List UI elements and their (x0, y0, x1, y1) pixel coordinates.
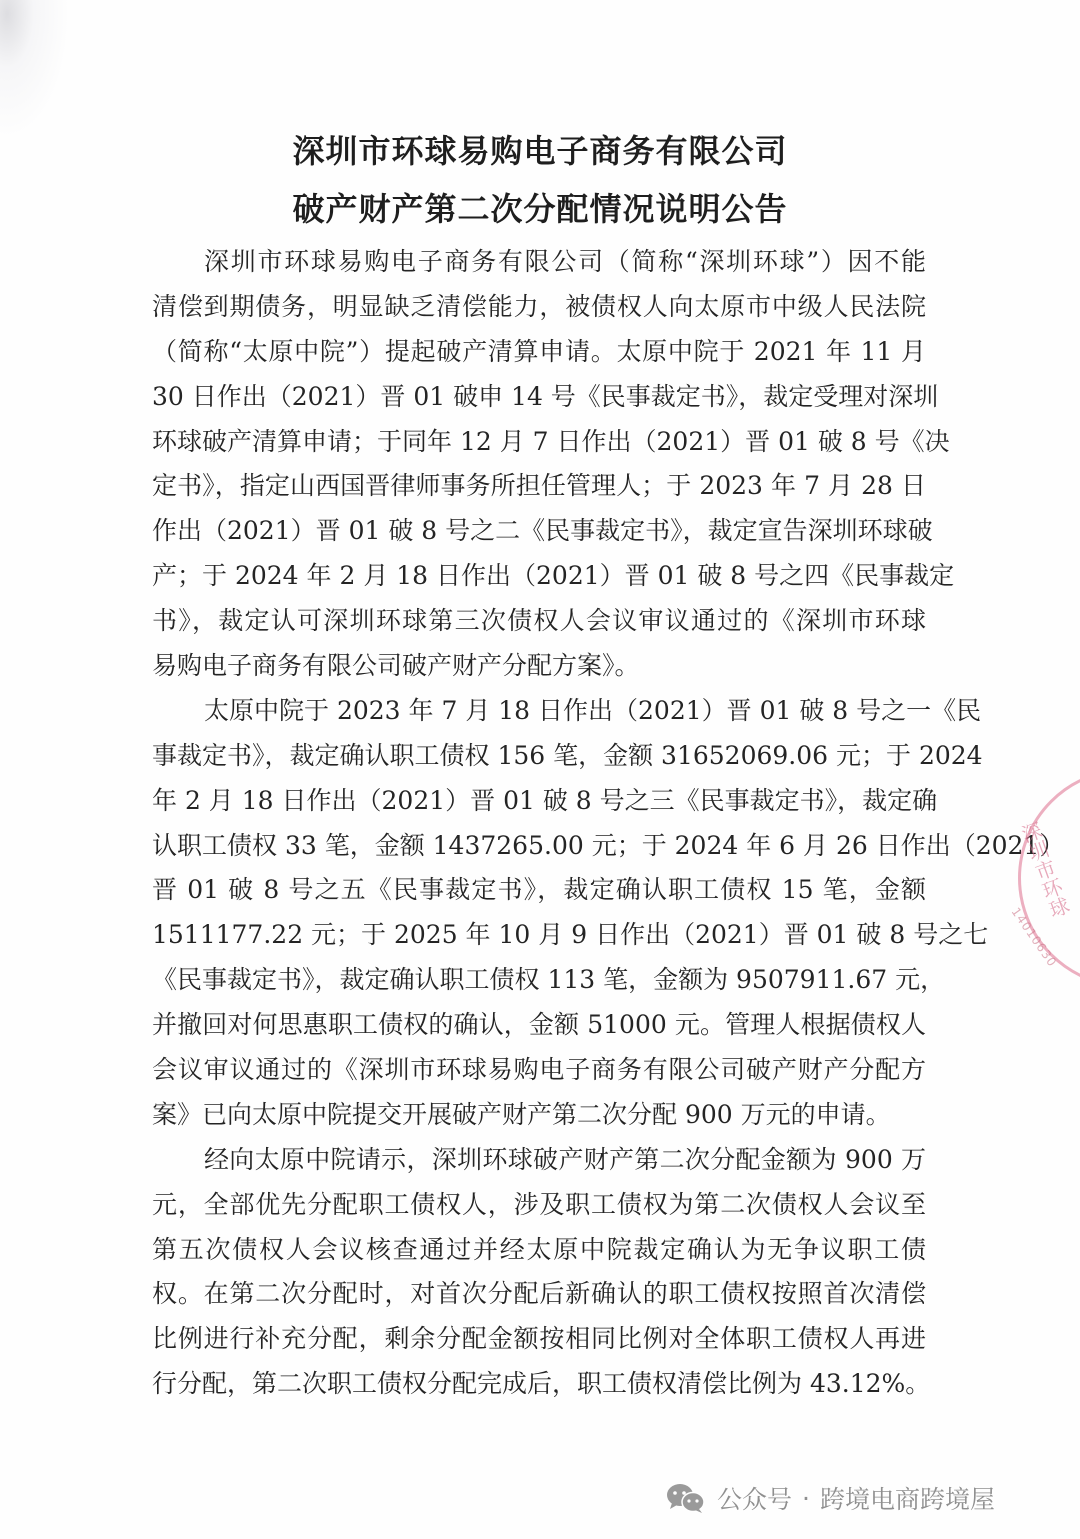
body-line: 事裁定书》，裁定确认职工债权 156 笔，金额 31652069.06 元；于 … (152, 734, 926, 779)
watermark-account-name: 跨境电商跨境屋 (820, 1480, 995, 1516)
body-line: 年 2 月 18 日作出（2021）晋 01 破 8 号之三《民事裁定书》，裁定… (152, 779, 926, 824)
body-line: 易购电子商务有限公司破产财产分配方案》。 (152, 644, 926, 689)
body-line: 1511177.22 元；于 2025 年 10 月 9 日作出（2021）晋 … (152, 913, 926, 958)
body-line: 晋 01 破 8 号之五《民事裁定书》，裁定确认职工债权 15 笔，金额 (152, 868, 926, 913)
scanned-document-page: 深圳市环球易购电子商务有限公司 破产财产第二次分配情况说明公告 深圳市环球易购电… (0, 0, 1080, 1539)
body-line: 并撤回对何思惠职工债权的确认，金额 51000 元。管理人根据债权人 (152, 1003, 926, 1048)
body-line: 深圳市环球易购电子商务有限公司（简称“深圳环球”）因不能 (152, 240, 926, 285)
document-title-line-2: 破产财产第二次分配情况说明公告 (0, 184, 1080, 230)
body-line: 太原中院于 2023 年 7 月 18 日作出（2021）晋 01 破 8 号之… (152, 689, 926, 734)
scan-artifact (0, 0, 70, 140)
body-line: 清偿到期债务，明显缺乏清偿能力，被债权人向太原市中级人民法院 (152, 285, 926, 330)
body-line: 会议审议通过的《深圳市环球易购电子商务有限公司破产财产分配方 (152, 1048, 926, 1093)
body-line: 元，全部优先分配职工债权人，涉及职工债权为第二次债权人会议至 (152, 1183, 926, 1228)
wechat-watermark: 公众号 · 跨境电商跨境屋 (665, 1480, 995, 1516)
body-line: 认职工债权 33 笔，金额 1437265.00 元；于 2024 年 6 月 … (152, 824, 926, 869)
body-line: 环球破产清算申请；于同年 12 月 7 日作出（2021）晋 01 破 8 号《… (152, 420, 926, 465)
body-line: 产；于 2024 年 2 月 18 日作出（2021）晋 01 破 8 号之四《… (152, 554, 926, 599)
watermark-separator: · (802, 1484, 810, 1513)
watermark-label: 公众号 (717, 1480, 792, 1516)
body-line: 30 日作出（2021）晋 01 破申 14 号《民事裁定书》，裁定受理对深圳 (152, 375, 926, 420)
body-line: 书》，裁定认可深圳环球第三次债权人会议审议通过的《深圳市环球 (152, 599, 926, 644)
body-line: 经向太原中院请示，深圳环球破产财产第二次分配金额为 900 万 (152, 1138, 926, 1183)
body-line: 第五次债权人会议核查通过并经太原中院裁定确认为无争议职工债 (152, 1228, 926, 1273)
body-line: 比例进行补充分配，剩余分配金额按相同比例对全体职工债权人再进 (152, 1317, 926, 1362)
body-line: 权。在第二次分配时，对首次分配后新确认的职工债权按照首次清偿 (152, 1272, 926, 1317)
body-line: （简称“太原中院”）提起破产清算申请。太原中院于 2021 年 11 月 (152, 330, 926, 375)
wechat-icon (665, 1482, 707, 1514)
body-line: 行分配，第二次职工债权分配完成后，职工债权清偿比例为 43.12%。 (152, 1362, 926, 1407)
document-title-line-1: 深圳市环球易购电子商务有限公司 (0, 126, 1080, 172)
body-line: 案》已向太原中院提交开展破产财产第二次分配 900 万元的申请。 (152, 1093, 926, 1138)
body-line: 定书》，指定山西国晋律师事务所担任管理人；于 2023 年 7 月 28 日 (152, 464, 926, 509)
document-body: 深圳市环球易购电子商务有限公司（简称“深圳环球”）因不能 清偿到期债务，明显缺乏… (152, 240, 926, 1407)
body-line: 作出（2021）晋 01 破 8 号之二《民事裁定书》，裁定宣告深圳环球破 (152, 509, 926, 554)
body-line: 《民事裁定书》，裁定确认职工债权 113 笔，金额为 9507911.67 元， (152, 958, 926, 1003)
